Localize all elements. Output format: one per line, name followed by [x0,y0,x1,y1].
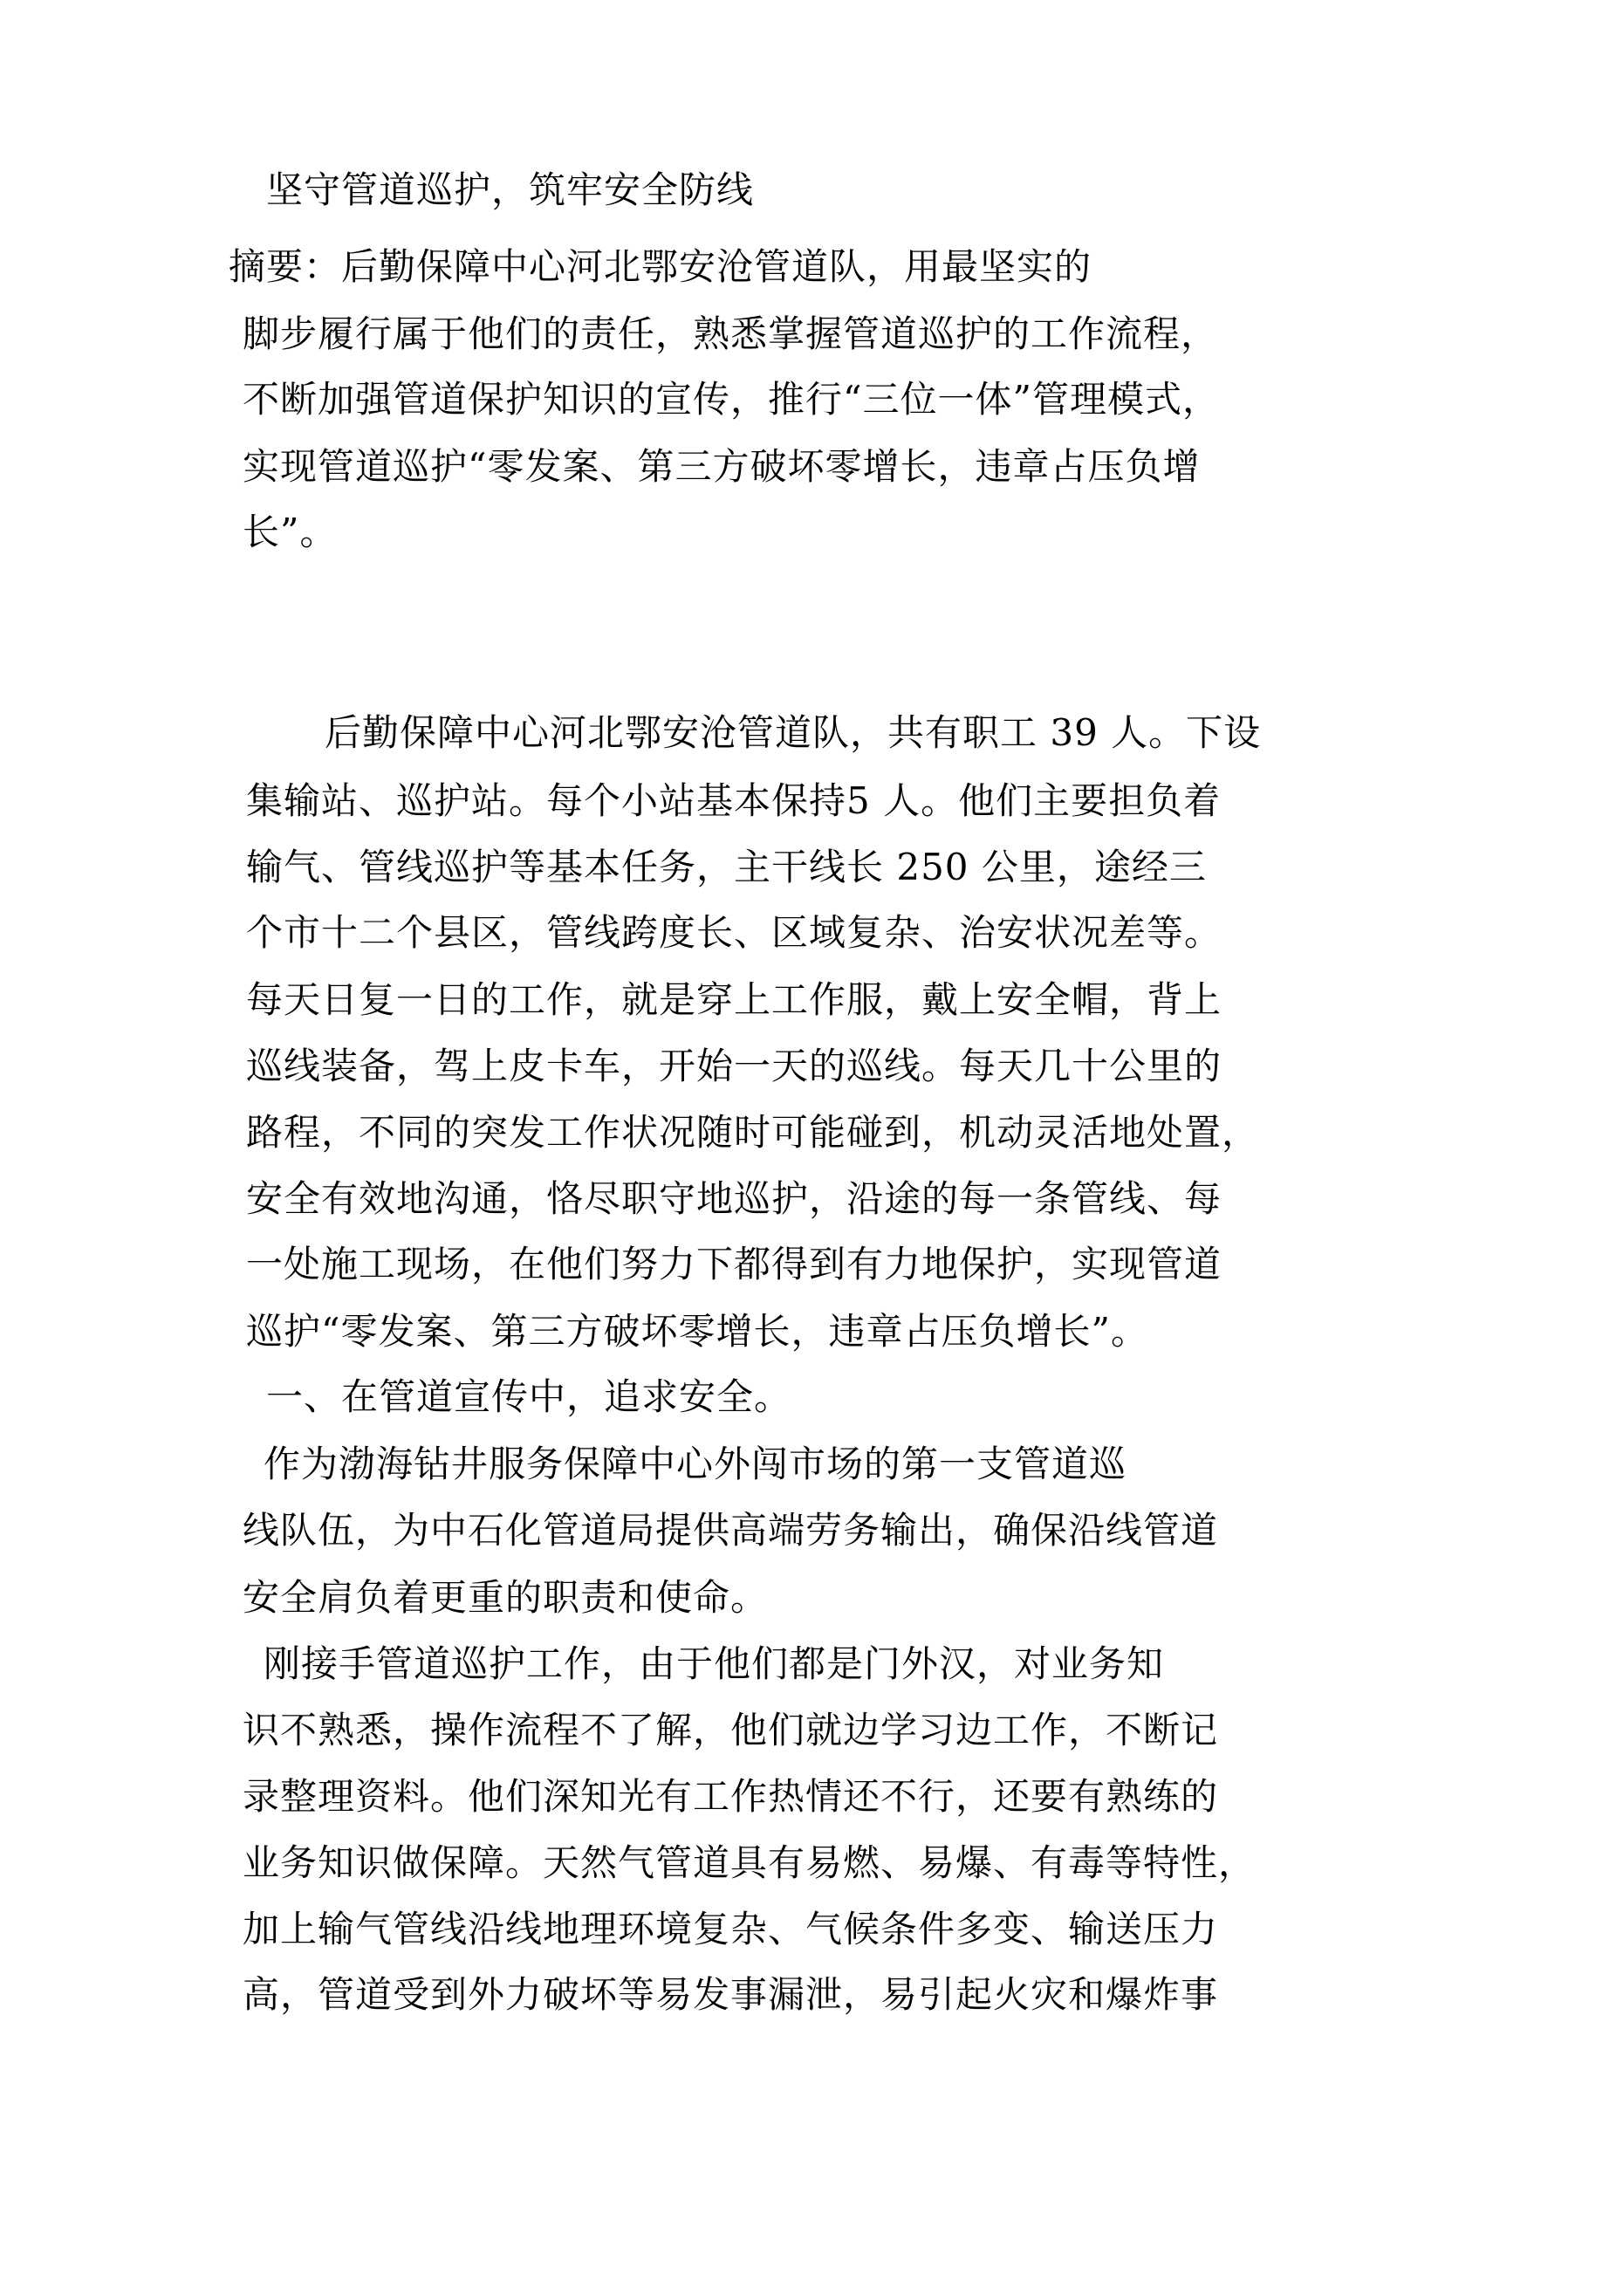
body-line: 后勤保障中心河北鄂安沧管道队，共有职工 39 人。下设 [325,709,1261,757]
document-title: 坚守管道巡护，筑牢安全防线 [266,166,754,215]
body-line: 安全有效地沟通，恪尽职守地巡护，沿途的每一条管线、每 [246,1175,1222,1223]
body-line: 识不熟悉，操作流程不了解，他们就边学习边工作，不断记 [243,1706,1218,1755]
body-line: 安全肩负着更重的职责和使命。 [243,1573,768,1622]
body-line: 巡护“零发案、第三方破坏零增长，违章占压负增长”。 [246,1307,1148,1356]
body-line: 每天日复一日的工作，就是穿上工作服，戴上安全帽，背上 [246,976,1222,1025]
body-line: 刚接手管道巡护工作，由于他们都是门外汉，对业务知 [264,1640,1164,1689]
body-line: 加上输气管线沿线地理环境复杂、气候条件多变、输送压力 [243,1905,1218,1954]
section-heading: 一、在管道宣传中，追求安全。 [266,1373,791,1422]
body-line: 集输站、巡护站。每个小站基本保持5 人。他们主要担负着 [246,777,1221,826]
abstract-line: 脚步履行属于他们的责任，熟悉掌握管道巡护的工作流程， [243,310,1218,359]
body-line: 路程，不同的突发工作状况随时可能碰到，机动灵活地处置， [246,1108,1259,1157]
body-line: 一处施工现场，在他们努力下都得到有力地保护，实现管道 [246,1240,1222,1289]
abstract-line: 不断加强管道保护知识的宣传，推行“三位一体”管理模式， [243,375,1220,424]
body-line: 高，管道受到外力破坏等易发事漏泄，易引起火灾和爆炸事 [243,1970,1218,2019]
body-line: 巡线装备，驾上皮卡车，开始一天的巡线。每天几十公里的 [246,1042,1222,1091]
abstract-line: 长”。 [243,508,337,557]
body-line: 个市十二个县区，管线跨度长、区域复杂、治安状况差等。 [246,908,1222,957]
abstract-line: 实现管道巡护“零发案、第三方破坏零增长，违章占压负增 [243,442,1200,491]
body-line: 输气、管线巡护等基本任务，主干线长 250 公里，途经三 [246,843,1207,892]
body-line: 业务知识做保障。天然气管道具有易燃、易爆、有毒等特性， [243,1839,1256,1888]
body-line: 线队伍，为中石化管道局提供高端劳务输出，确保沿线管道 [243,1506,1218,1555]
abstract-line: 摘要：后勤保障中心河北鄂安沧管道队，用最坚实的 [229,243,1092,291]
body-line: 作为渤海钻井服务保障中心外闯市场的第一支管道巡 [264,1440,1127,1489]
body-line: 录整理资料。他们深知光有工作热情还不行，还要有熟练的 [243,1772,1218,1821]
